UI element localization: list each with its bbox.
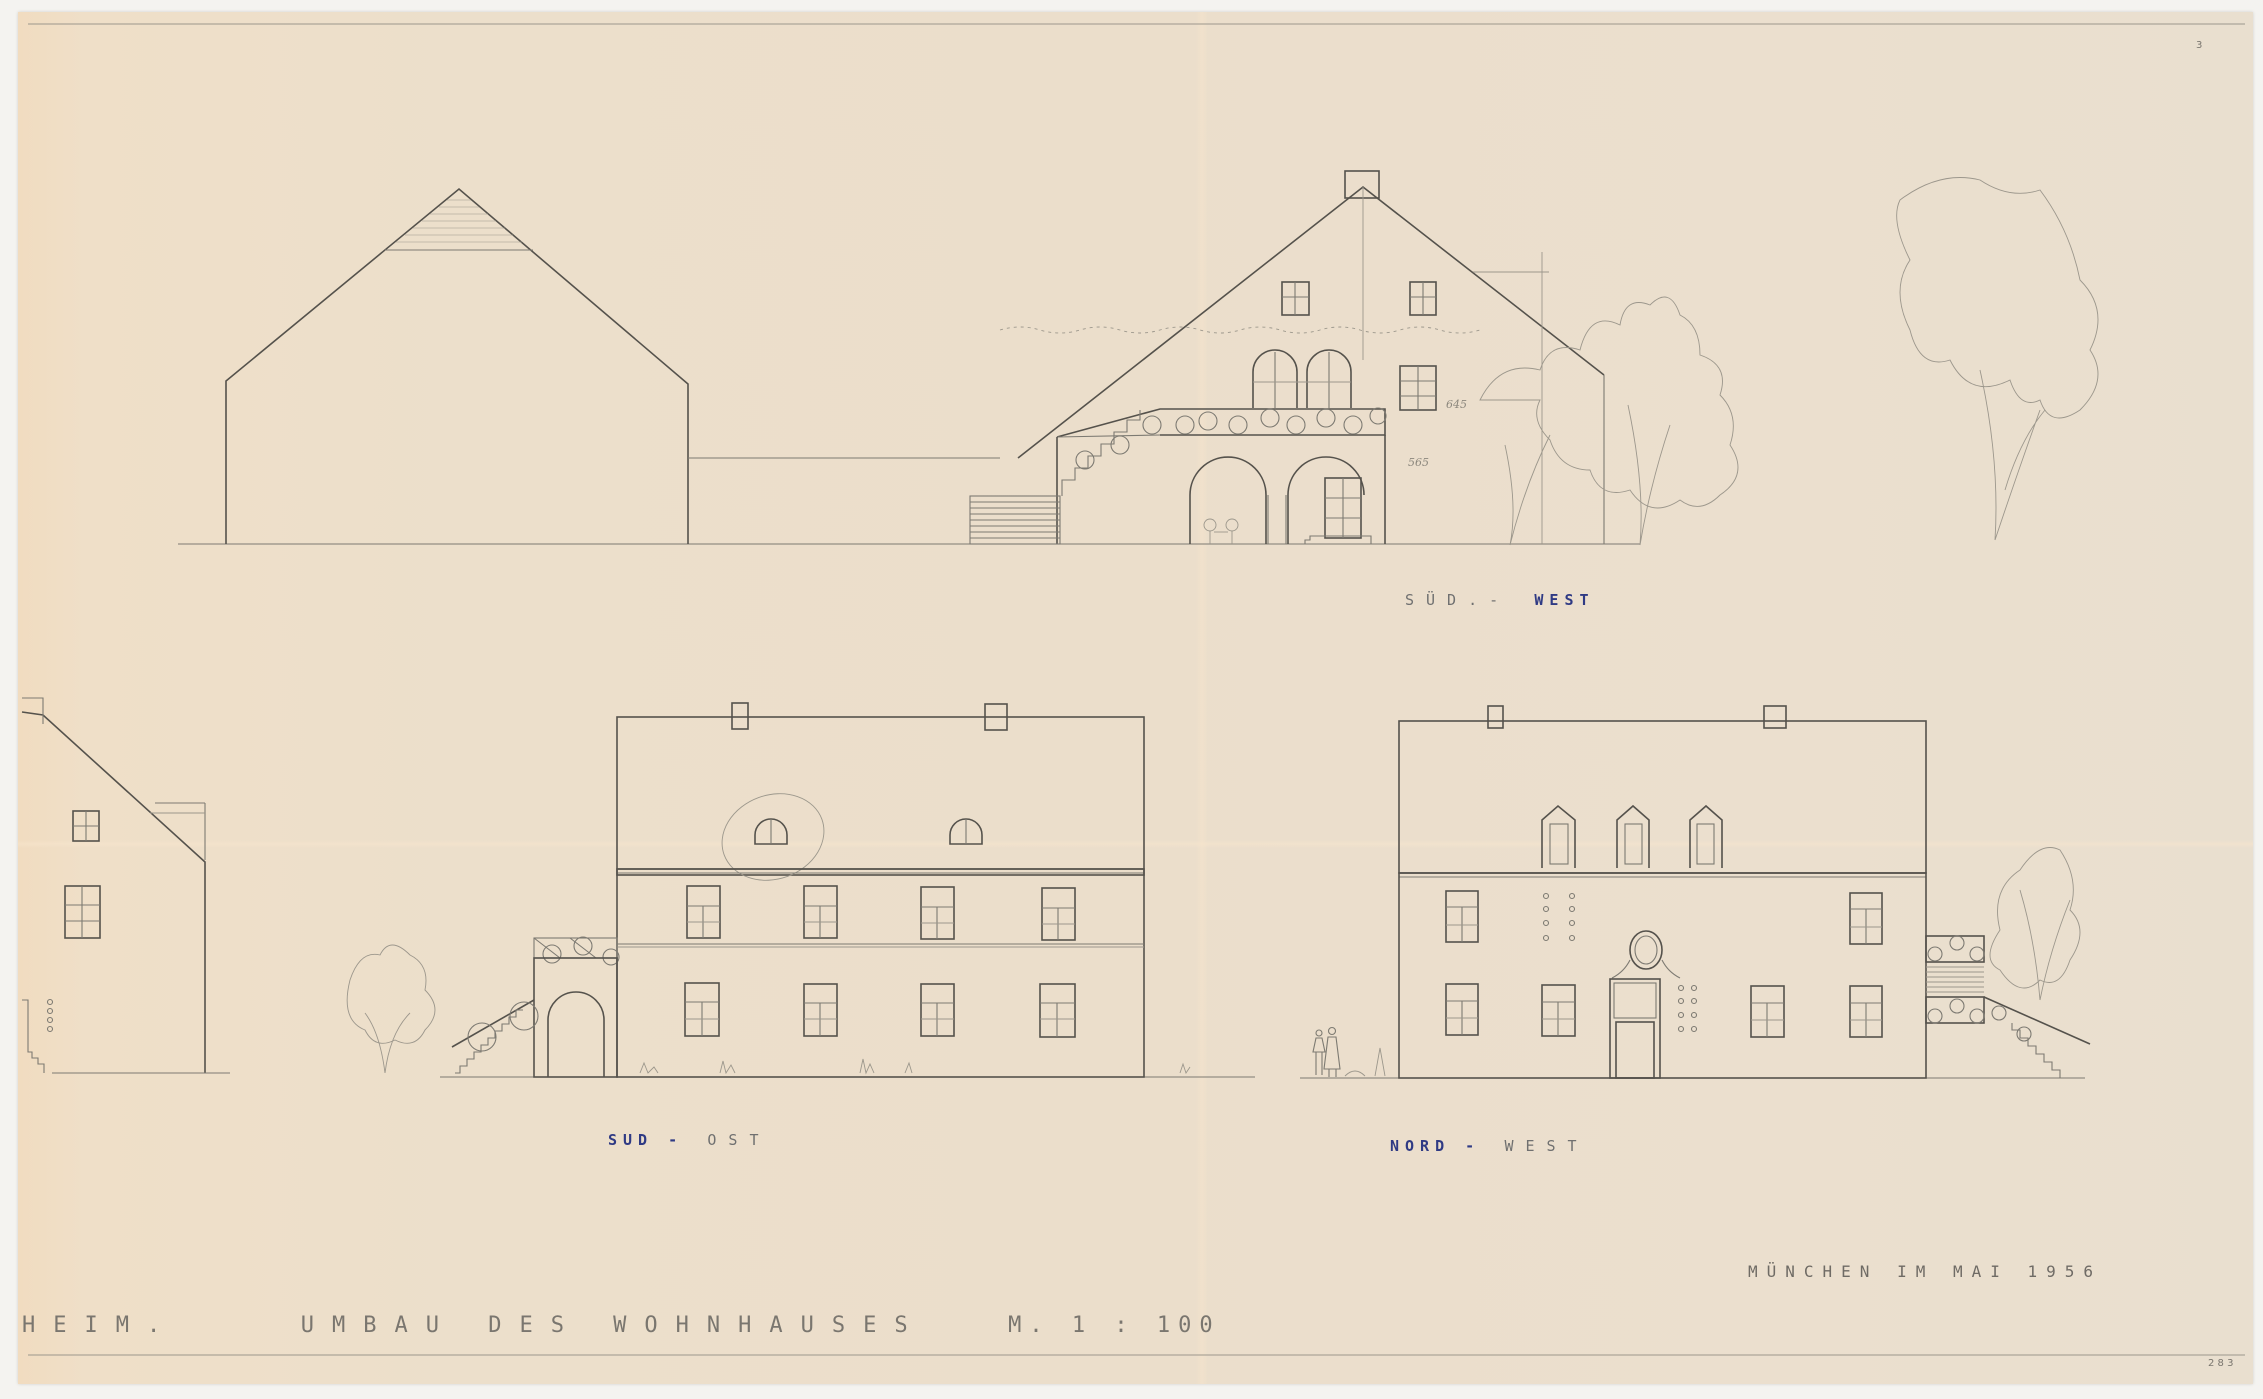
barn-gable	[226, 189, 1000, 544]
label-sued-ost-ink: SUD -	[608, 1131, 683, 1149]
label-sued-west-pencil: SÜD.-	[1405, 591, 1510, 609]
windows-sued-ost	[685, 886, 1075, 1037]
label-sued-west: SÜD.- WEST	[1405, 590, 1595, 610]
gateway-stair-so	[452, 937, 619, 1077]
elevation-sued-west	[178, 171, 2098, 545]
label-sued-ost: SUD - OST	[608, 1130, 771, 1150]
dimension-565: 565	[1408, 456, 1429, 469]
label-nord-west-pencil: WEST	[1504, 1137, 1588, 1155]
elevation-partial-side	[22, 698, 230, 1073]
tree-so	[347, 945, 435, 1073]
pediment-dormers	[1542, 806, 1722, 868]
corner-mark-top: 3	[2196, 40, 2202, 51]
title-scale: M. 1 : 100	[1008, 1313, 1220, 1338]
title-prefix: HEIM.	[22, 1313, 178, 1338]
side-terrace-nw	[1926, 936, 2090, 1078]
architectural-elevations	[0, 0, 2263, 1399]
human-figures	[1313, 1028, 1340, 1078]
elevation-sued-ost	[347, 703, 1255, 1077]
vent-pattern	[1544, 894, 1697, 1032]
label-nord-west-ink: NORD -	[1390, 1137, 1480, 1155]
label-sued-west-ink: WEST	[1534, 591, 1594, 609]
title-block: HEIM. UMBAU DES WOHNHAUSES M. 1 : 100	[22, 1313, 1221, 1338]
label-nord-west: NORD - WEST	[1390, 1136, 1589, 1156]
elevation-nord-west	[1300, 706, 2090, 1078]
corner-mark-bottom: 2 8 3	[2208, 1358, 2233, 1369]
trees-sw	[1480, 178, 2098, 546]
tree-nw	[1990, 848, 2080, 1001]
title-main: UMBAU DES WOHNHAUSES	[301, 1313, 926, 1338]
place-date: MÜNCHEN IM MAI 1956	[1748, 1262, 2102, 1281]
label-sued-ost-pencil: OST	[707, 1131, 770, 1149]
oculus-dormers	[710, 780, 982, 895]
central-door-cartouche	[1610, 931, 1680, 1078]
house-gable-sw	[970, 171, 1604, 544]
dimension-645: 645	[1446, 398, 1467, 411]
